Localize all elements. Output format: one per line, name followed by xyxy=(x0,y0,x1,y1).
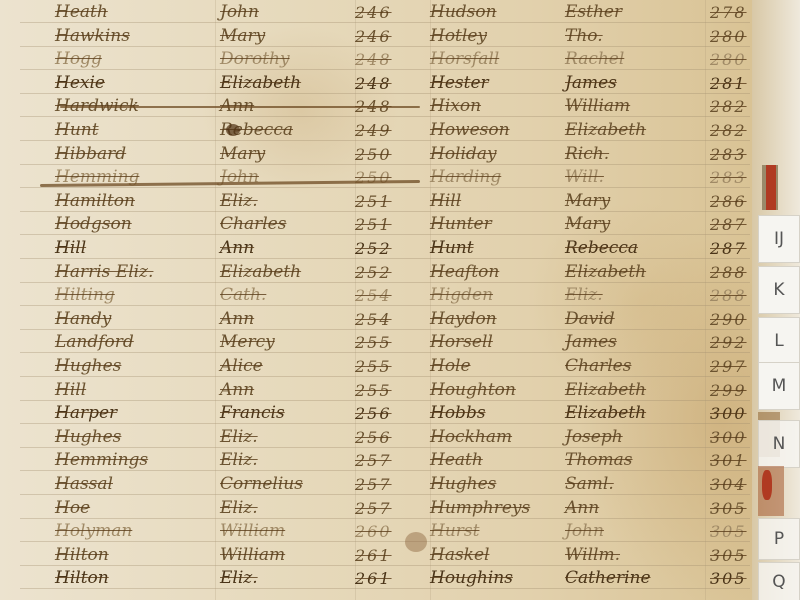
page-number: 278 xyxy=(710,3,747,22)
ruled-line xyxy=(20,588,750,589)
index-entry-row: HurstJohn305 xyxy=(0,519,760,541)
page-number: 288 xyxy=(710,286,747,305)
forename: James xyxy=(565,73,617,93)
surname: Hunter xyxy=(430,214,492,234)
tab-label: L xyxy=(774,331,783,351)
index-entry-row: HudsonEsther278 xyxy=(0,0,760,22)
index-entry-row: HobbsElizabeth300 xyxy=(0,401,760,423)
forename: David xyxy=(565,309,615,329)
index-entry-row: HaskelWillm.305 xyxy=(0,543,760,565)
page-number: 299 xyxy=(710,381,747,400)
water-stain xyxy=(405,532,427,552)
surname: Hurst xyxy=(430,521,479,541)
tab-label: IJ xyxy=(774,229,784,249)
ledger-page: HeathJohn246HawkinsMary246HoggDorothy248… xyxy=(0,0,752,600)
index-tab-p[interactable]: P xyxy=(758,518,800,560)
forename: Esther xyxy=(565,2,622,22)
surname: Hester xyxy=(430,73,489,93)
index-entry-row: HigdenEliz.288 xyxy=(0,283,760,305)
forename: Rich. xyxy=(565,144,609,164)
surname: Haskel xyxy=(430,545,489,565)
page-number: 305 xyxy=(710,522,747,541)
surname: Horsfall xyxy=(430,49,499,69)
page-number: 305 xyxy=(710,546,747,565)
surname: Hobbs xyxy=(430,403,486,423)
surname: Higden xyxy=(430,285,493,305)
page-number: 305 xyxy=(710,499,747,518)
surname: Hudson xyxy=(430,2,497,22)
tab-label: P xyxy=(774,529,784,549)
surname: Hole xyxy=(430,356,471,376)
forename: Elizabeth xyxy=(565,262,646,282)
surname: Horsell xyxy=(430,332,493,352)
surname: Haydon xyxy=(430,309,497,329)
index-entry-row: HolidayRich.283 xyxy=(0,142,760,164)
page-number: 282 xyxy=(710,97,747,116)
forename: Saml. xyxy=(565,474,614,494)
surname: Houghton xyxy=(430,380,516,400)
forename: William xyxy=(565,96,630,116)
index-entry-row: HoleCharles297 xyxy=(0,354,760,376)
red-seal-fragment xyxy=(762,470,772,500)
index-entry-row: HockhamJoseph300 xyxy=(0,425,760,447)
surname: Hotley xyxy=(430,26,487,46)
page-number: 280 xyxy=(710,27,747,46)
surname: Hixon xyxy=(430,96,481,116)
forename: Eliz. xyxy=(565,285,603,305)
surname: Hockham xyxy=(430,427,512,447)
forename: Catherine xyxy=(565,568,651,588)
index-tab-strip: IJ K L M N P Q xyxy=(752,0,800,600)
forename: Will. xyxy=(565,167,604,187)
surname: Heafton xyxy=(430,262,499,282)
surname: Hughes xyxy=(430,474,496,494)
index-entry-row: HeaftonElizabeth288 xyxy=(0,260,760,282)
page-number: 300 xyxy=(710,428,747,447)
index-entry-row: HuntRebecca287 xyxy=(0,236,760,258)
forename: Elizabeth xyxy=(565,380,646,400)
page-number: 304 xyxy=(710,475,747,494)
page-number: 292 xyxy=(710,333,747,352)
index-entry-row: HeathThomas301 xyxy=(0,448,760,470)
red-binding-strip xyxy=(766,165,776,210)
forename: Elizabeth xyxy=(565,403,646,423)
page-number: 283 xyxy=(710,145,747,164)
index-entry-row: HumphreysAnn305 xyxy=(0,496,760,518)
index-entry-row: HorsfallRachel280 xyxy=(0,47,760,69)
surname: Harding xyxy=(430,167,501,187)
tab-label: K xyxy=(773,280,784,300)
forename: Tho. xyxy=(565,26,603,46)
page-number: 287 xyxy=(710,239,747,258)
forename: Elizabeth xyxy=(565,120,646,140)
index-tab-k[interactable]: K xyxy=(758,266,800,314)
forename: Joseph xyxy=(565,427,623,447)
forename: Mary xyxy=(565,214,610,234)
surname: Heath xyxy=(430,450,483,470)
index-entry-row: HoughinsCatherine305 xyxy=(0,566,760,588)
forename: Rebecca xyxy=(565,238,638,258)
index-tab-q[interactable]: Q xyxy=(758,562,800,600)
index-entry-row: HotleyTho.280 xyxy=(0,24,760,46)
tab-label: M xyxy=(772,376,787,396)
index-entry-row: HillMary286 xyxy=(0,189,760,211)
index-tab-m[interactable]: M xyxy=(758,362,800,410)
forename: Rachel xyxy=(565,49,624,69)
index-entry-row: HoughtonElizabeth299 xyxy=(0,378,760,400)
page-number: 305 xyxy=(710,569,747,588)
surname: Howeson xyxy=(430,120,510,140)
surname: Holiday xyxy=(430,144,497,164)
index-entry-row: HorsellJames292 xyxy=(0,330,760,352)
page-number: 287 xyxy=(710,215,747,234)
tab-label: N xyxy=(773,434,786,454)
surname: Hunt xyxy=(430,238,474,258)
ink-strikethrough-stroke xyxy=(60,106,420,108)
page-number: 283 xyxy=(710,168,747,187)
index-entry-row: HunterMary287 xyxy=(0,212,760,234)
page-number: 288 xyxy=(710,263,747,282)
forename: Mary xyxy=(565,191,610,211)
forename: John xyxy=(565,521,604,541)
ink-blot xyxy=(226,124,240,136)
index-entry-row: HughesSaml.304 xyxy=(0,472,760,494)
page-number: 297 xyxy=(710,357,747,376)
surname: Houghins xyxy=(430,568,513,588)
index-tab-n[interactable]: N xyxy=(758,420,800,468)
tab-label: Q xyxy=(772,572,785,592)
page-number: 281 xyxy=(710,74,747,93)
page-number: 290 xyxy=(710,310,747,329)
forename: Thomas xyxy=(565,450,633,470)
forename: Willm. xyxy=(565,545,620,565)
page-number: 280 xyxy=(710,50,747,69)
page-number: 301 xyxy=(710,451,747,470)
surname: Hill xyxy=(430,191,461,211)
index-entry-row: HaydonDavid290 xyxy=(0,307,760,329)
page-number: 286 xyxy=(710,192,747,211)
page-number: 282 xyxy=(710,121,747,140)
surname: Humphreys xyxy=(430,498,530,518)
index-entry-row: HowesonElizabeth282 xyxy=(0,118,760,140)
index-tab-ij[interactable]: IJ xyxy=(758,215,800,263)
index-entry-row: HesterJames281 xyxy=(0,71,760,93)
forename: Ann xyxy=(565,498,599,518)
forename: Charles xyxy=(565,356,631,376)
page-number: 300 xyxy=(710,404,747,423)
index-tab-l[interactable]: L xyxy=(758,317,800,365)
forename: James xyxy=(565,332,617,352)
